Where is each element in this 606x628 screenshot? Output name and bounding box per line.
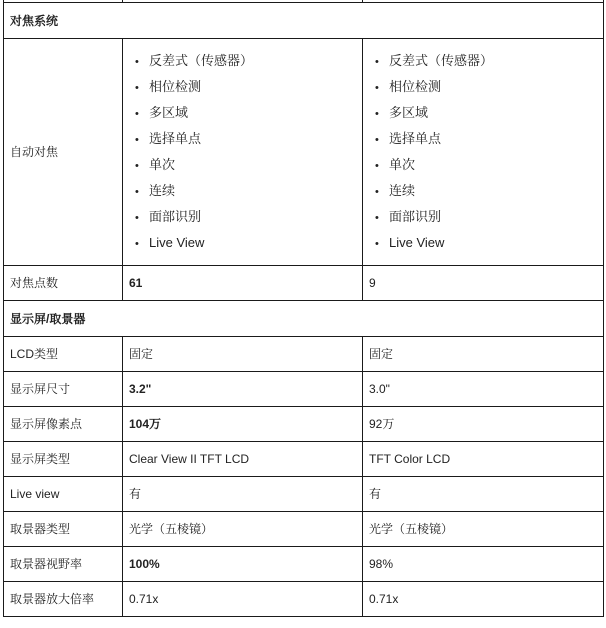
table-row-viewfinder-magnification: 取景器放大倍率 0.71x 0.71x — [4, 582, 604, 617]
af-mode-list: •反差式（传感器） •相位检测 •多区域 •选择单点 •单次 •连续 •面部识别… — [129, 48, 356, 256]
bullet-icon: • — [375, 101, 389, 127]
list-item-text: 单次 — [149, 157, 175, 172]
section-title: 对焦系统 — [4, 3, 604, 39]
row-label: 取景器类型 — [4, 512, 123, 547]
table-row-lcd-type: LCD类型 固定 固定 — [4, 337, 604, 372]
bullet-icon: • — [375, 205, 389, 231]
value-camera-1: 3.2" — [123, 372, 363, 407]
list-item-text: 反差式（传感器） — [389, 53, 493, 68]
value-camera-1: 光学（五棱镜） — [123, 512, 363, 547]
value-camera-2: 固定 — [363, 337, 604, 372]
row-label: 取景器放大倍率 — [4, 582, 123, 617]
value-camera-2: 光学（五棱镜） — [363, 512, 604, 547]
value-camera-1: 61 — [123, 266, 363, 301]
list-item: •面部识别 — [135, 204, 356, 230]
list-item: •连续 — [135, 178, 356, 204]
list-item: •Live View — [135, 230, 356, 256]
table-row-viewfinder-type: 取景器类型 光学（五棱镜） 光学（五棱镜） — [4, 512, 604, 547]
list-item: •反差式（传感器） — [135, 48, 356, 74]
value-camera-1: 104万 — [123, 407, 363, 442]
list-item: •多区域 — [135, 100, 356, 126]
value-camera-2: 92万 — [363, 407, 604, 442]
list-item: •单次 — [135, 152, 356, 178]
table-row-screen-type: 显示屏类型 Clear View II TFT LCD TFT Color LC… — [4, 442, 604, 477]
row-label: 显示屏类型 — [4, 442, 123, 477]
value-camera-1: 固定 — [123, 337, 363, 372]
row-label: Live view — [4, 477, 123, 512]
list-item: •连续 — [375, 178, 597, 204]
bullet-icon: • — [375, 179, 389, 205]
bullet-icon: • — [135, 49, 149, 75]
list-item-text: Live View — [389, 235, 444, 250]
section-header-focus-system: 对焦系统 — [4, 3, 604, 39]
value-camera-1: 0.71x — [123, 582, 363, 617]
list-item-text: 面部识别 — [389, 209, 441, 224]
bullet-icon: • — [135, 179, 149, 205]
list-item: •单次 — [375, 152, 597, 178]
row-label: 对焦点数 — [4, 266, 123, 301]
list-item-text: 反差式（传感器） — [149, 53, 253, 68]
list-item-text: Live View — [149, 235, 204, 250]
value-camera-2: 3.0" — [363, 372, 604, 407]
value-camera-2: 9 — [363, 266, 604, 301]
section-title: 显示屏/取景器 — [4, 301, 604, 337]
list-item-text: 相位检测 — [389, 79, 441, 94]
table-row-live-view: Live view 有 有 — [4, 477, 604, 512]
af-modes-camera-1: •反差式（传感器） •相位检测 •多区域 •选择单点 •单次 •连续 •面部识别… — [123, 39, 363, 266]
value-camera-1: 有 — [123, 477, 363, 512]
table-row-autofocus: 自动对焦 •反差式（传感器） •相位检测 •多区域 •选择单点 •单次 •连续 … — [4, 39, 604, 266]
list-item-text: 连续 — [149, 183, 175, 198]
value-camera-2: TFT Color LCD — [363, 442, 604, 477]
value-camera-1: 100% — [123, 547, 363, 582]
list-item-text: 多区域 — [149, 105, 188, 120]
list-item-text: 面部识别 — [149, 209, 201, 224]
list-item: •选择单点 — [375, 126, 597, 152]
row-label: 显示屏像素点 — [4, 407, 123, 442]
bullet-icon: • — [135, 101, 149, 127]
value-camera-2: 有 — [363, 477, 604, 512]
bullet-icon: • — [135, 75, 149, 101]
list-item: •选择单点 — [135, 126, 356, 152]
bullet-icon: • — [375, 153, 389, 179]
bullet-icon: • — [135, 205, 149, 231]
list-item-text: 相位检测 — [149, 79, 201, 94]
af-modes-camera-2: •反差式（传感器） •相位检测 •多区域 •选择单点 •单次 •连续 •面部识别… — [363, 39, 604, 266]
bullet-icon: • — [135, 231, 149, 257]
table-row-viewfinder-coverage: 取景器视野率 100% 98% — [4, 547, 604, 582]
af-mode-list: •反差式（传感器） •相位检测 •多区域 •选择单点 •单次 •连续 •面部识别… — [369, 48, 597, 256]
list-item-text: 单次 — [389, 157, 415, 172]
bullet-icon: • — [135, 127, 149, 153]
spec-comparison-table: 对焦系统 自动对焦 •反差式（传感器） •相位检测 •多区域 •选择单点 •单次… — [3, 0, 604, 617]
bullet-icon: • — [375, 231, 389, 257]
list-item: •面部识别 — [375, 204, 597, 230]
list-item: •相位检测 — [135, 74, 356, 100]
list-item-text: 连续 — [389, 183, 415, 198]
row-label: 显示屏尺寸 — [4, 372, 123, 407]
table-row-screen-size: 显示屏尺寸 3.2" 3.0" — [4, 372, 604, 407]
row-label: LCD类型 — [4, 337, 123, 372]
list-item: •Live View — [375, 230, 597, 256]
bullet-icon: • — [375, 75, 389, 101]
list-item: •多区域 — [375, 100, 597, 126]
table-row-focus-points: 对焦点数 61 9 — [4, 266, 604, 301]
value-camera-2: 0.71x — [363, 582, 604, 617]
row-label: 取景器视野率 — [4, 547, 123, 582]
bullet-icon: • — [375, 127, 389, 153]
list-item: •反差式（传感器） — [375, 48, 597, 74]
value-camera-2: 98% — [363, 547, 604, 582]
row-label: 自动对焦 — [4, 39, 123, 266]
value-camera-1: Clear View II TFT LCD — [123, 442, 363, 477]
list-item-text: 多区域 — [389, 105, 428, 120]
table-row-screen-dots: 显示屏像素点 104万 92万 — [4, 407, 604, 442]
list-item-text: 选择单点 — [389, 131, 441, 146]
bullet-icon: • — [135, 153, 149, 179]
list-item: •相位检测 — [375, 74, 597, 100]
list-item-text: 选择单点 — [149, 131, 201, 146]
section-header-display-viewfinder: 显示屏/取景器 — [4, 301, 604, 337]
bullet-icon: • — [375, 49, 389, 75]
